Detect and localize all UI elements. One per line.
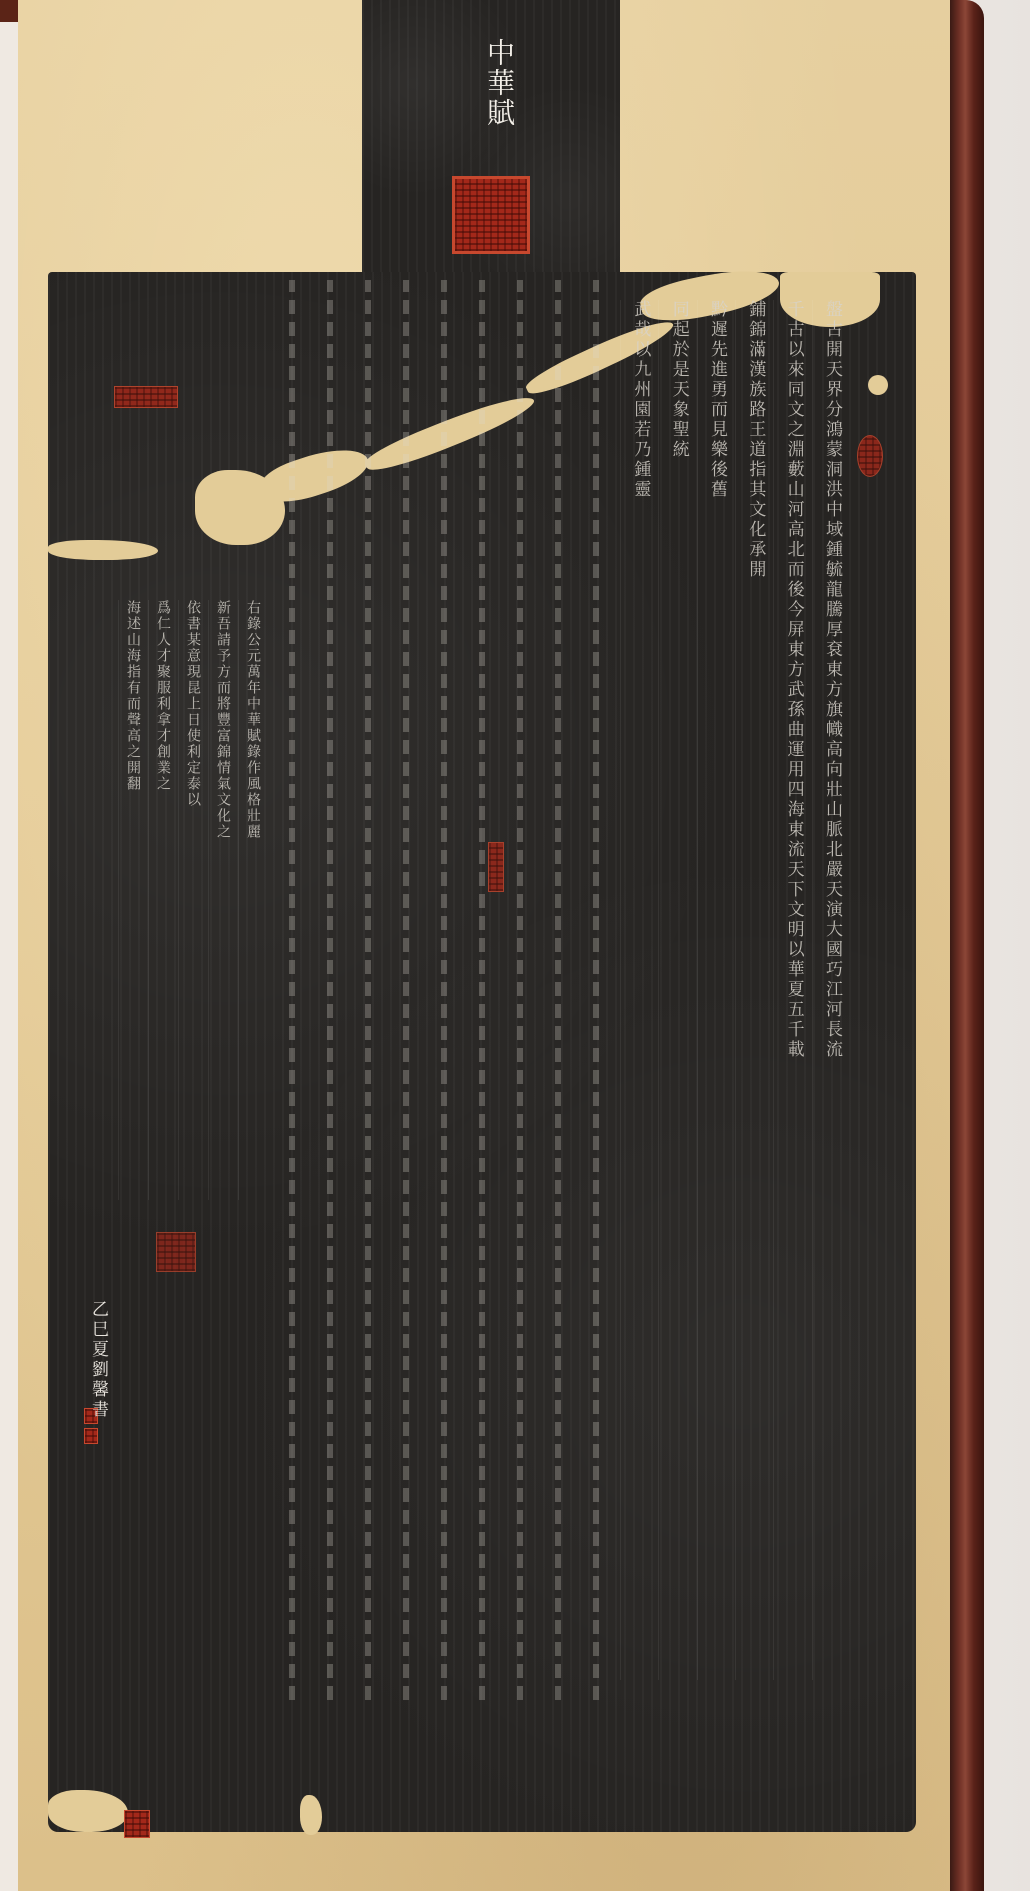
seal-title xyxy=(452,176,530,254)
text-column: 黔遲先進勇而見樂後舊 xyxy=(697,300,735,1680)
colophon-block: 右錄公元萬年中華賦錄作風格壯麗 新吾請予方而將豐富錦情氣文化之 依書某意現昆上日… xyxy=(118,600,268,1220)
scroll-rod-top xyxy=(0,0,20,22)
rubbing-tear xyxy=(48,1790,128,1832)
signature: 乙巳夏劉馨書 xyxy=(86,1300,111,1420)
seal-signature-2 xyxy=(84,1428,98,1444)
text-column: 同起於是天象聖統 xyxy=(658,300,696,1680)
colophon-column: 新吾請予方而將豐富錦情氣文化之 xyxy=(208,600,238,1200)
colophon-column: 爲仁人才聚服利拿才創業之 xyxy=(148,600,178,1200)
rubbing-tear xyxy=(48,540,158,560)
colophon-column: 右錄公元萬年中華賦錄作風格壯麗 xyxy=(238,600,268,1200)
text-column: 千古以來同文之淵藪山河高北而後今屏東方武孫曲運用四海東流天下文明以華夏五千載 xyxy=(773,300,811,1680)
seal-colophon xyxy=(156,1232,196,1272)
seal-upper-right xyxy=(857,435,883,477)
rubbing-tear xyxy=(300,1795,322,1835)
seal-bottom-left xyxy=(124,1810,150,1838)
colophon-column: 依書某意現昆上日使利定泰以 xyxy=(178,600,208,1200)
main-text-block: 盤古開天界分鴻蒙洞洪中域鍾毓龍騰厚袞東方旗幟高向壯山脈北嚴天演大國巧江河長流 千… xyxy=(620,300,850,1700)
text-column: 武哉以九州園若乃鍾靈 xyxy=(620,300,658,1680)
seal-upper-left xyxy=(114,386,178,408)
colophon-column: 海述山海指有而聲高之開翻 xyxy=(118,600,148,1200)
text-column: 盤古開天界分鴻蒙洞洪中域鍾毓龍騰厚袞東方旗幟高向壯山脈北嚴天演大國巧江河長流 xyxy=(812,300,850,1680)
scroll-rod-right xyxy=(950,0,984,1891)
text-column: 鋪錦滿漢族路王道指其文化承開 xyxy=(735,300,773,1680)
rubbing-title: 中華賦 xyxy=(476,38,516,128)
text-column-block xyxy=(275,280,615,1700)
rubbing-hole xyxy=(868,375,888,395)
